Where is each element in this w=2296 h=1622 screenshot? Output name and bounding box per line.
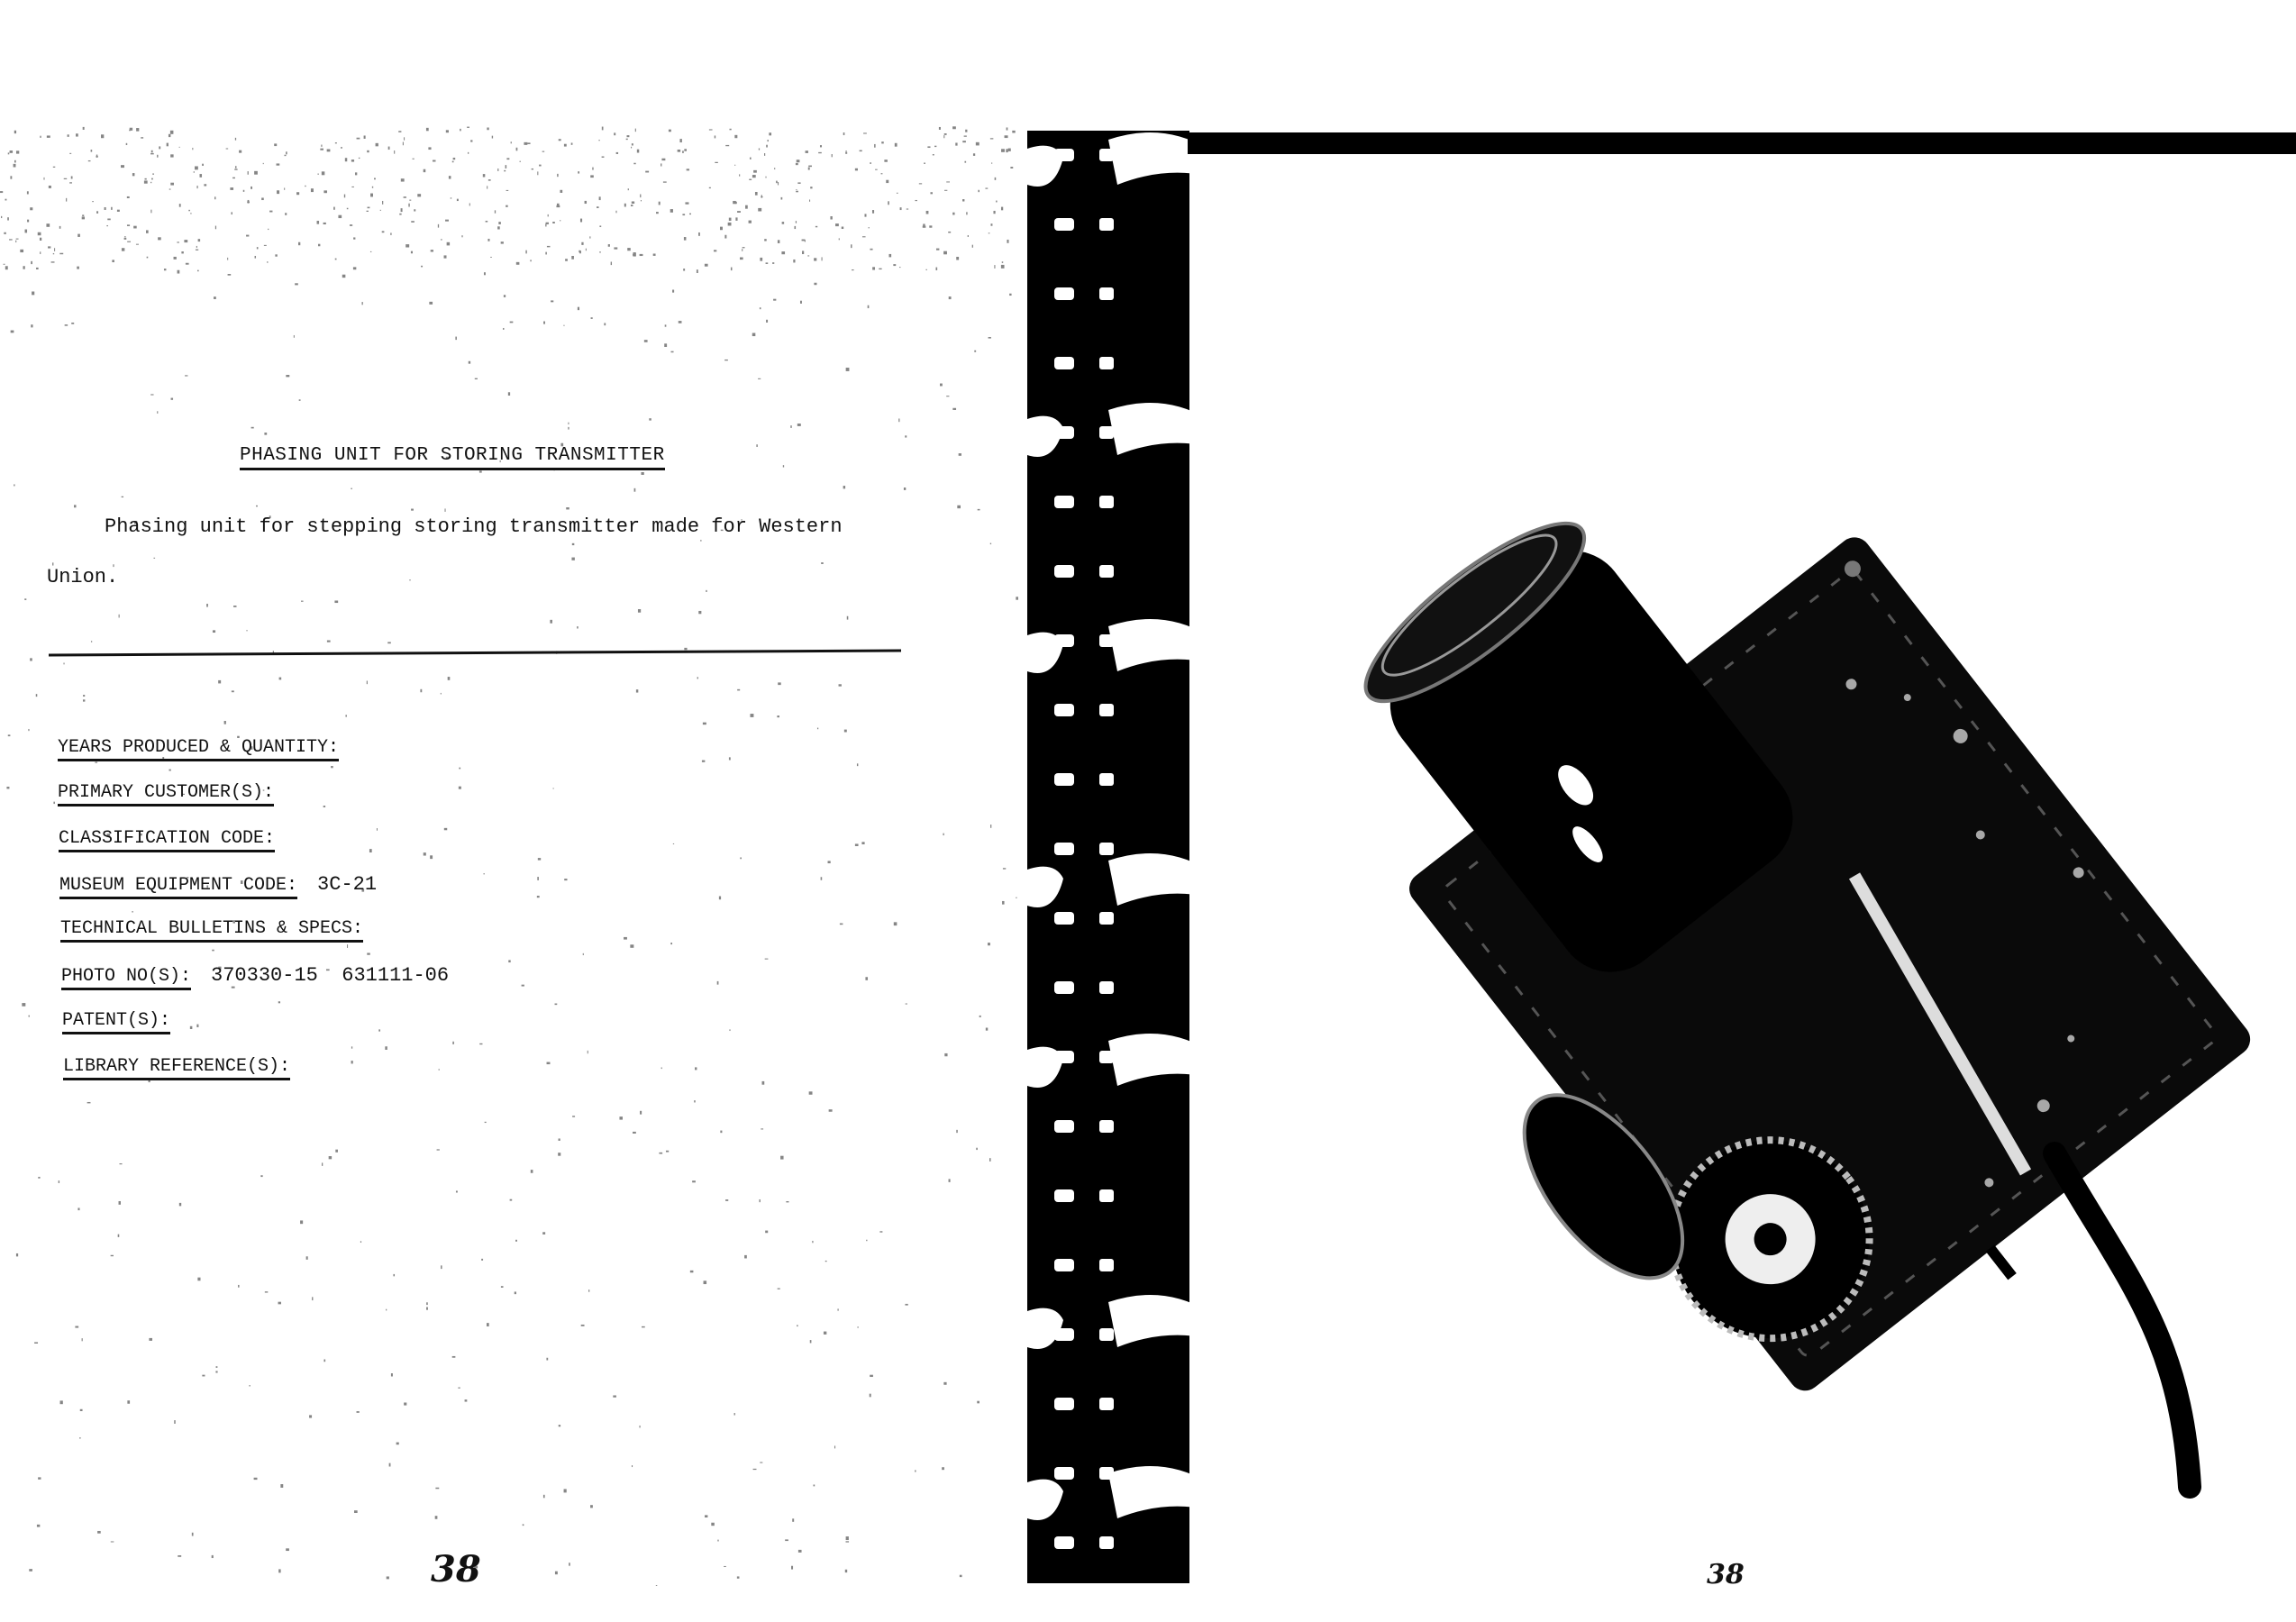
scan-noise	[0, 126, 1018, 1586]
document-title: PHASING UNIT FOR STORING TRANSMITTER	[240, 445, 665, 470]
page-number-right: 38	[1707, 1559, 1745, 1590]
film-strip	[1018, 131, 1207, 1583]
field-primary-customer: PRIMARY CUSTOMER(S):	[58, 782, 294, 806]
phasing-unit-photo	[1352, 378, 2289, 1514]
description-line-1: Phasing unit for stepping storing transm…	[105, 515, 843, 538]
field-label: PHOTO NO(S):	[61, 966, 191, 990]
field-label: PATENT(S):	[62, 1010, 170, 1034]
field-years-produced: YEARS PRODUCED & QUANTITY:	[58, 737, 359, 761]
top-border-bar	[1188, 132, 2296, 154]
field-label: PRIMARY CUSTOMER(S):	[58, 782, 274, 806]
field-label: LIBRARY REFERENCE(S):	[63, 1056, 290, 1080]
field-library-references: LIBRARY REFERENCE(S):	[63, 1056, 310, 1080]
description-line-2: Union.	[47, 566, 118, 588]
field-label: CLASSIFICATION CODE:	[59, 828, 275, 852]
field-label: YEARS PRODUCED & QUANTITY:	[58, 737, 339, 761]
field-classification-code: CLASSIFICATION CODE:	[59, 828, 295, 852]
field-patents: PATENT(S):	[62, 1010, 190, 1034]
field-value: 3C-21	[317, 873, 377, 896]
catalog-page	[0, 126, 1018, 1586]
field-value: 370330-15 631111-06	[211, 964, 449, 987]
page-number-left: 38	[431, 1548, 481, 1590]
field-photo-numbers: PHOTO NO(S): 370330-15 631111-06	[61, 964, 449, 990]
field-label: MUSEUM EQUIPMENT CODE:	[59, 875, 297, 899]
field-museum-equipment-code: MUSEUM EQUIPMENT CODE: 3C-21	[59, 873, 377, 899]
field-technical-bulletins: TECHNICAL BULLETINS & SPECS:	[60, 918, 383, 943]
field-label: TECHNICAL BULLETINS & SPECS:	[60, 918, 363, 943]
